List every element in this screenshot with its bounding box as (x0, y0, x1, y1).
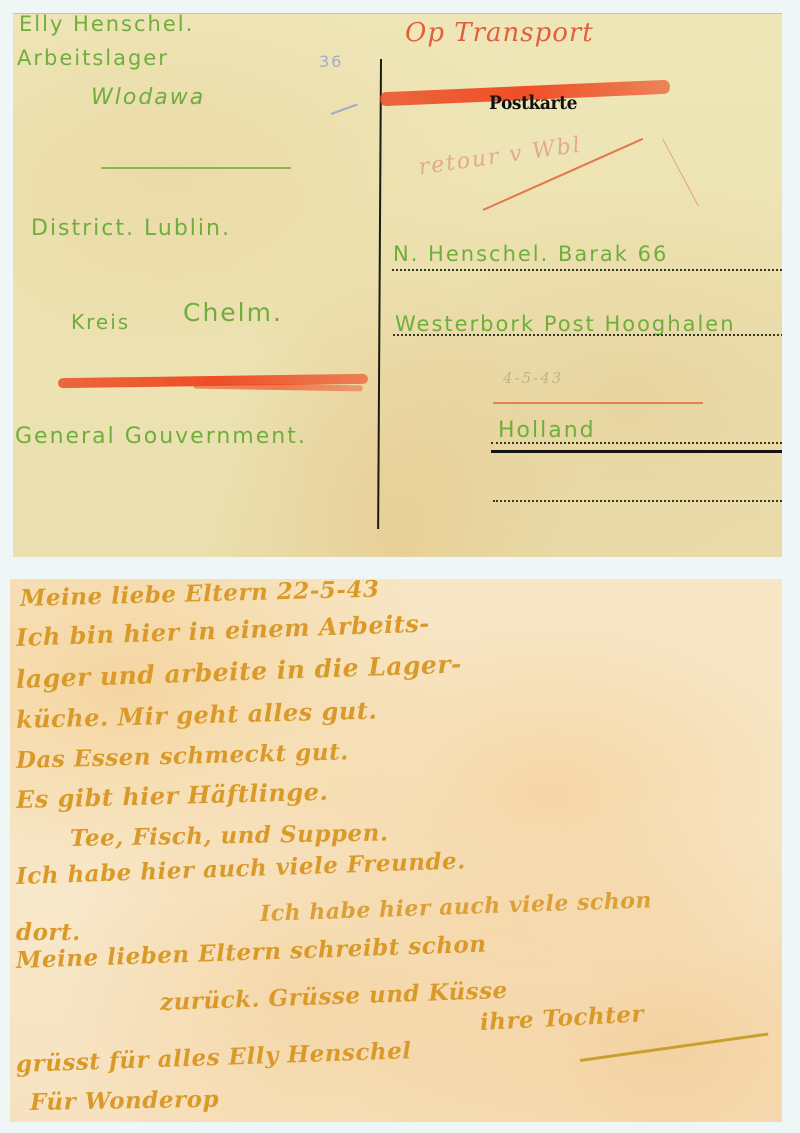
recipient-camp: Westerbork Post Hooghalen (395, 312, 736, 336)
postcard-front: Elly Henschel. Arbeitslager 36 Wlodawa D… (13, 13, 782, 557)
address-line-2 (393, 334, 782, 336)
message-line: ihre Tochter (479, 1000, 644, 1036)
sender-kreis-label: Kreis (71, 310, 130, 334)
sender-camp: Arbeitslager (17, 46, 169, 70)
address-line-heavy (491, 450, 782, 453)
message-line: Tee, Fisch, und Suppen. (70, 819, 389, 852)
message-line: küche. Mir geht alles gut. (16, 696, 378, 734)
message-line: Ich habe hier auch viele Freunde. (16, 847, 467, 890)
signature-underline (580, 1033, 769, 1062)
message-line: Es gibt hier Häftlinge. (16, 777, 329, 814)
message-line: Das Essen schmeckt gut. (16, 738, 349, 774)
message-line: Ich habe hier auch viele schon (260, 887, 653, 927)
address-line-4 (493, 500, 782, 502)
message-line: Ich bin hier in einem Arbeits- (15, 609, 430, 652)
message-line: Meine lieben Eltern schreibt schon (16, 931, 487, 974)
sender-place: Wlodawa (91, 85, 205, 110)
message-line: lager und arbeite in die Lager- (15, 649, 462, 694)
sender-name: Elly Henschel. (19, 13, 194, 36)
address-line-1 (392, 269, 782, 271)
message-line: grüsst für alles Elly Henschel (16, 1037, 412, 1078)
message-line: Meine liebe Eltern 22-5-43 (20, 579, 380, 612)
recipient-faint-stamp: 4-5-43 (503, 369, 563, 387)
vertical-divider-line (377, 59, 382, 529)
faint-red-annotation: retour v Wbl (417, 133, 583, 181)
red-pencil-check-line-2 (663, 139, 699, 206)
pencil-note: 36 (319, 52, 343, 71)
sender-kreis: Chelm. (183, 298, 283, 327)
sender-district: District. Lublin. (31, 216, 231, 241)
recipient-country: Holland (498, 418, 596, 443)
message-line: Für Wonderop (30, 1086, 219, 1116)
sender-region: General Gouvernment. (15, 424, 307, 449)
postcard-back: Meine liebe Eltern 22-5-43 Ich bin hier … (10, 579, 782, 1122)
pencil-mark (331, 103, 358, 114)
address-line-3 (491, 442, 782, 444)
red-underline-right (493, 402, 703, 404)
message-line: dort. (16, 919, 81, 946)
message-line: zurück. Grüsse und Küsse (160, 977, 509, 1016)
recipient-name: N. Henschel. Barak 66 (393, 242, 668, 266)
place-underline (101, 167, 291, 169)
postkarte-heading: Postkarte (489, 92, 577, 114)
red-annotation-transport: Op Transport (405, 18, 594, 48)
